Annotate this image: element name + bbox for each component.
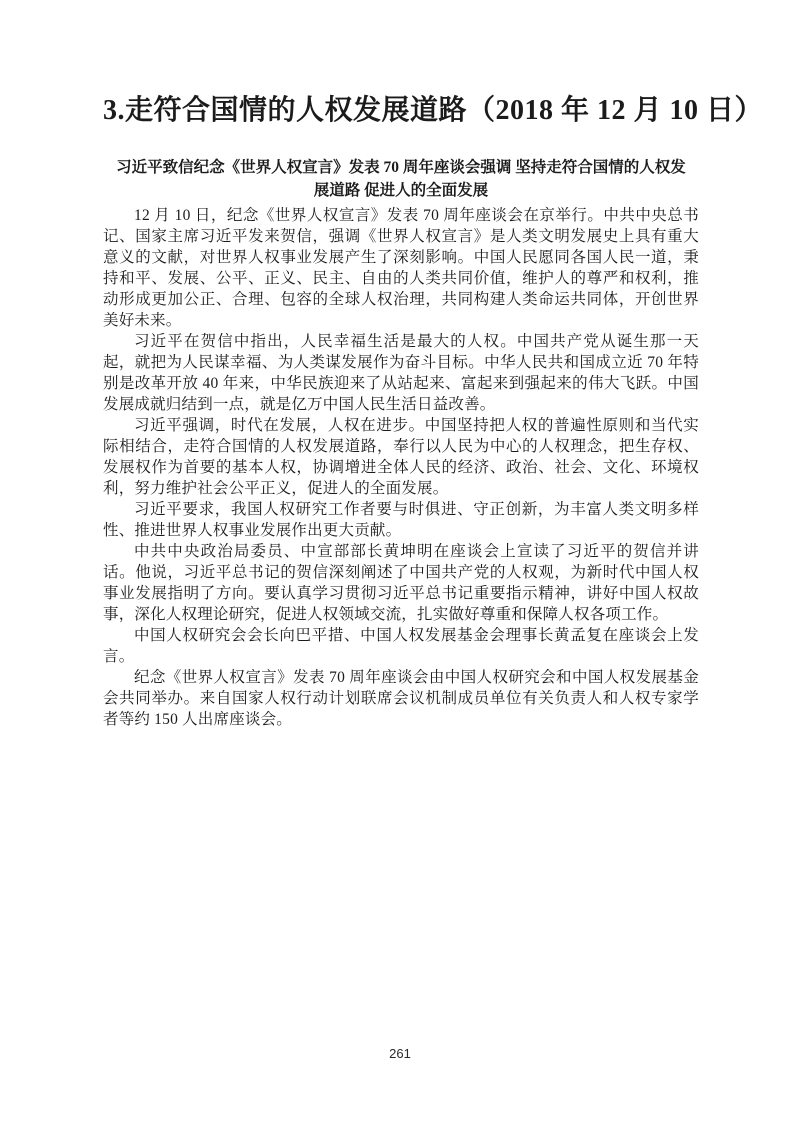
body-paragraph: 中国人权研究会会长向巴平措、中国人权发展基金会理事长黄孟复在座谈会上发言。 — [103, 625, 699, 667]
article-subtitle: 习近平致信纪念《世界人权宣言》发表 70 周年座谈会强调 坚持走符合国情的人权发… — [109, 156, 693, 202]
body-paragraph: 习近平要求，我国人权研究工作者要与时俱进、守正创新，为丰富人类文明多样性、推进世… — [103, 499, 699, 541]
body-paragraph: 12 月 10 日，纪念《世界人权宣言》发表 70 周年座谈会在京举行。中共中央… — [103, 205, 699, 331]
body-paragraph: 习近平在贺信中指出，人民幸福生活是最大的人权。中国共产党从诞生那一天起，就把为人… — [103, 331, 699, 415]
body-paragraph: 纪念《世界人权宣言》发表 70 周年座谈会由中国人权研究会和中国人权发展基金会共… — [103, 667, 699, 730]
document-page: 3.走符合国情的人权发展道路（2018 年 12 月 10 日） 习近平致信纪念… — [0, 0, 800, 1133]
body-paragraph: 习近平强调，时代在发展，人权在进步。中国坚持把人权的普遍性原则和当代实际相结合，… — [103, 415, 699, 499]
page-title: 3.走符合国情的人权发展道路（2018 年 12 月 10 日） — [103, 92, 699, 130]
article-body: 12 月 10 日，纪念《世界人权宣言》发表 70 周年座谈会在京举行。中共中央… — [103, 205, 699, 730]
page-number: 261 — [389, 1046, 411, 1061]
page-footer: 261 — [0, 1046, 800, 1061]
body-paragraph: 中共中央政治局委员、中宣部部长黄坤明在座谈会上宣读了习近平的贺信并讲话。他说，习… — [103, 541, 699, 625]
